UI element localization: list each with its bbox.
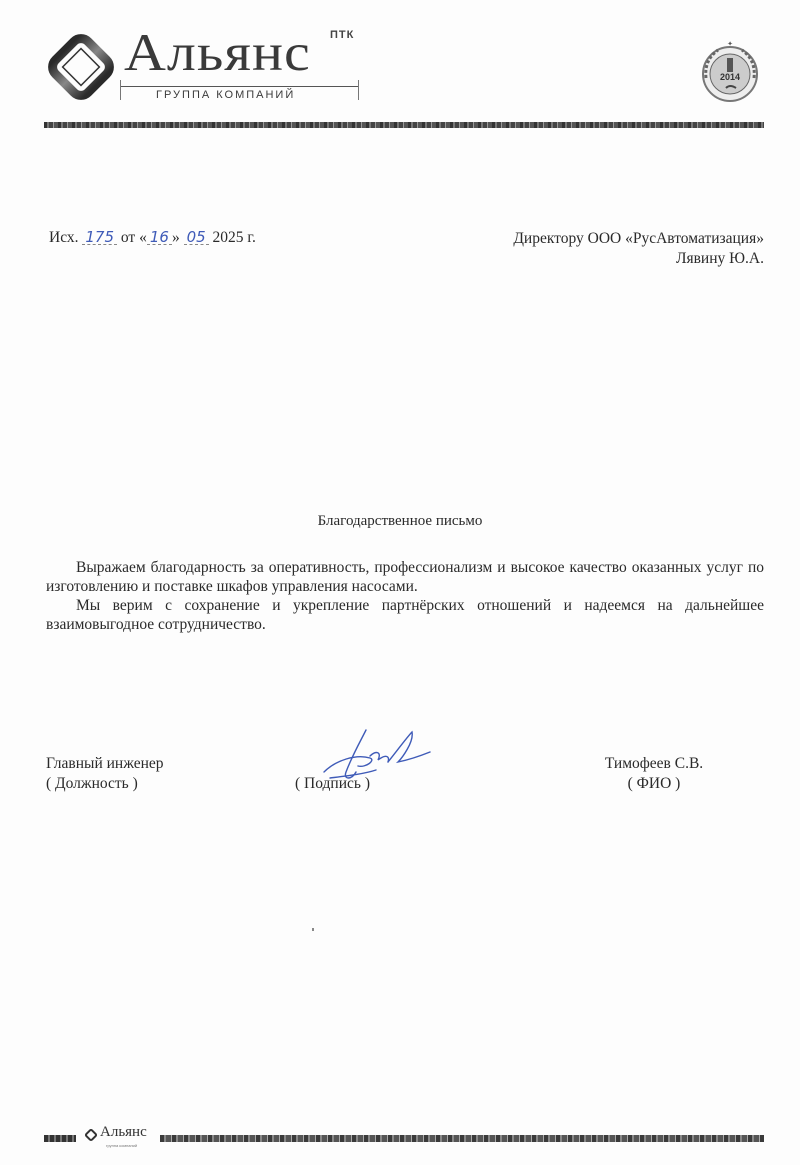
footer-rule-left [44,1135,76,1142]
ref-month: 05 [184,231,209,245]
addressee-block: Директору ООО «РусАвтоматизация» Лявину … [513,229,764,269]
company-subtitle: Группа компаний [156,89,295,101]
letterhead-rule [44,122,764,128]
footer-company-subtitle: группа компаний [106,1143,137,1148]
letter-body: Выражаем благодарность за оперативность,… [46,558,764,634]
position-value: Главный инженер [46,754,164,774]
logo-divider [120,86,358,87]
scan-artifact [312,928,314,931]
ref-from: от « [121,229,147,246]
company-type: ПТК [330,29,354,41]
footer-logo-icon [84,1128,98,1142]
addressee-name: Лявину Ю.А. [513,249,764,269]
logo-divider-left [120,80,121,100]
addressee-title: Директору ООО «РусАвтоматизация» [513,229,764,249]
footer-rule-right [160,1135,764,1142]
outgoing-reference: Исх. 175 от «16» 05 2025 г. [49,229,256,247]
company-name: Альянс [124,26,311,79]
company-logo-icon [46,32,116,102]
body-paragraph: Выражаем благодарность за оперативность,… [46,558,764,596]
svg-text:2014: 2014 [720,72,740,82]
svg-text:✦: ✦ [727,40,733,48]
signatory-position: Главный инженер ( Должность ) [46,754,164,794]
ref-close: » [172,229,180,246]
anniversary-emblem-icon: 2014 ✦ [696,38,764,106]
footer-company-name: Альянс [100,1124,147,1141]
ref-day: 16 [147,231,172,245]
document-title: Благодарственное письмо [0,513,800,530]
logo-divider-right [358,80,359,100]
ref-number: 175 [82,231,117,245]
ref-prefix: Исх. [49,229,79,246]
signature-label: ( Подпись ) [295,775,370,793]
position-label: ( Должность ) [46,774,164,794]
body-paragraph: Мы верим с сохранение и укрепление партн… [46,596,764,634]
signatory-name-block: Тимофеев С.В. ( ФИО ) [598,754,710,794]
signatory-name: Тимофеев С.В. [598,754,710,774]
name-label: ( ФИО ) [598,774,710,794]
ref-year: 2025 г. [213,229,256,246]
